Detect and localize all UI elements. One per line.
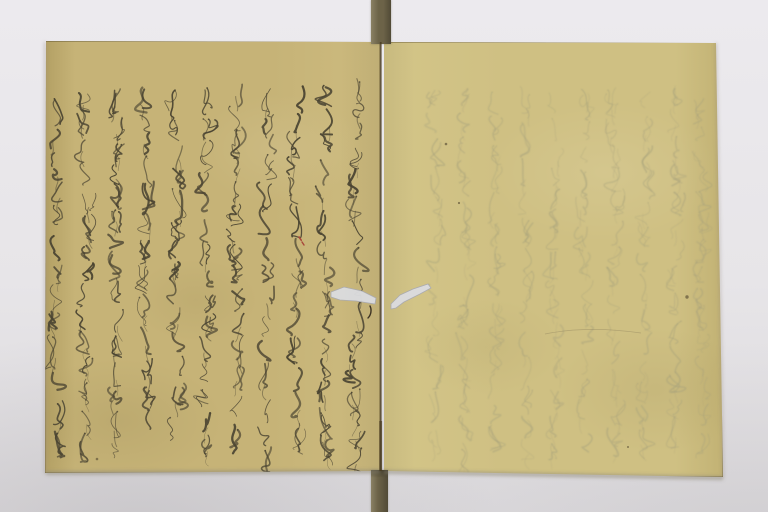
binding-strap-bottom [371, 470, 388, 512]
photo-stage [0, 0, 768, 512]
left-page [45, 41, 380, 473]
binding-strap-top [371, 0, 391, 44]
right-page [384, 42, 723, 477]
